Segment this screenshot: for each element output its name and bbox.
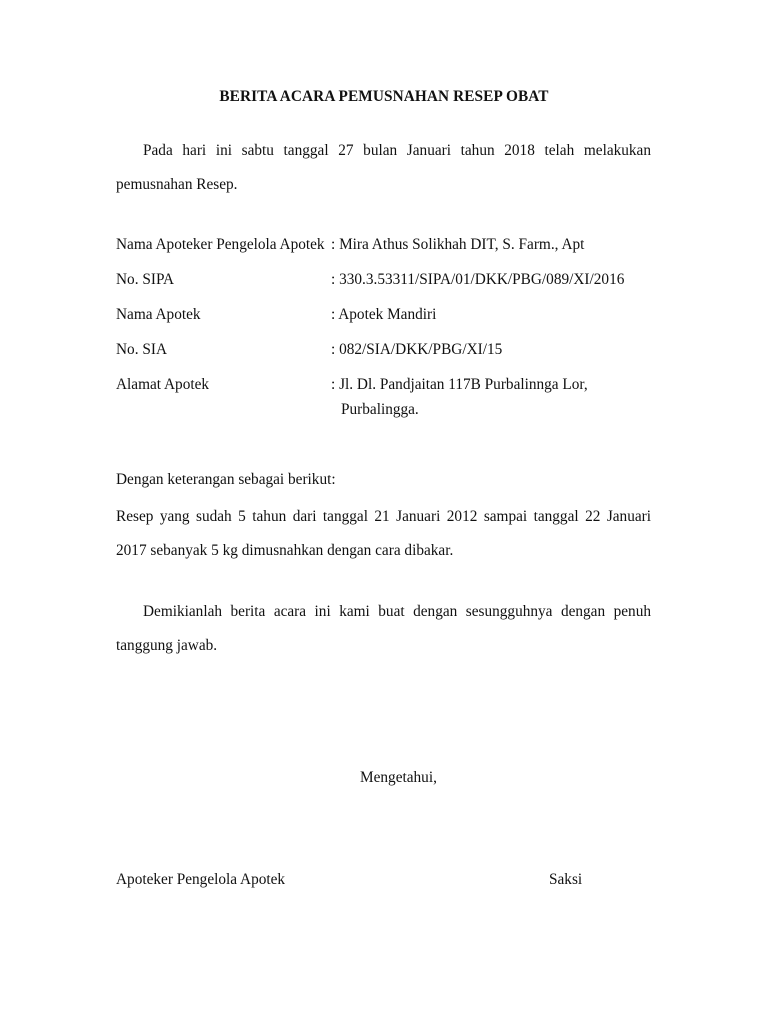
document-title: BERITA ACARA PEMUSNAHAN RESEP OBAT — [0, 88, 768, 106]
signature-left-label: Apoteker Pengelola Apotek — [116, 871, 285, 889]
acknowledged-label: Mengetahui, — [360, 769, 437, 787]
field-value-sipa: : 330.3.53311/SIPA/01/DKK/PBG/089/XI/201… — [331, 271, 624, 289]
description-paragraph: Resep yang sudah 5 tahun dari tanggal 21… — [116, 500, 651, 568]
field-label-nama-apotek: Nama Apotek — [116, 306, 201, 324]
field-label-sia: No. SIA — [116, 341, 167, 359]
field-value-sia: : 082/SIA/DKK/PBG/XI/15 — [331, 341, 502, 359]
field-value-nama-apotek: : Apotek Mandiri — [331, 306, 436, 324]
description-heading: Dengan keterangan sebagai berikut: — [116, 471, 336, 489]
signature-right-label: Saksi — [549, 871, 582, 889]
field-value-alamat-cont: Purbalingga. — [341, 401, 419, 419]
intro-paragraph: Pada hari ini sabtu tanggal 27 bulan Jan… — [116, 134, 651, 202]
field-value-alamat: : Jl. Dl. Pandjaitan 117B Purbalinnga Lo… — [331, 376, 588, 394]
field-label-alamat: Alamat Apotek — [116, 376, 209, 394]
field-label-apoteker: Nama Apoteker Pengelola Apotek — [116, 236, 325, 254]
field-value-apoteker: : Mira Athus Solikhah DIT, S. Farm., Apt — [331, 236, 584, 254]
field-label-sipa: No. SIPA — [116, 271, 174, 289]
closing-paragraph: Demikianlah berita acara ini kami buat d… — [116, 595, 651, 663]
